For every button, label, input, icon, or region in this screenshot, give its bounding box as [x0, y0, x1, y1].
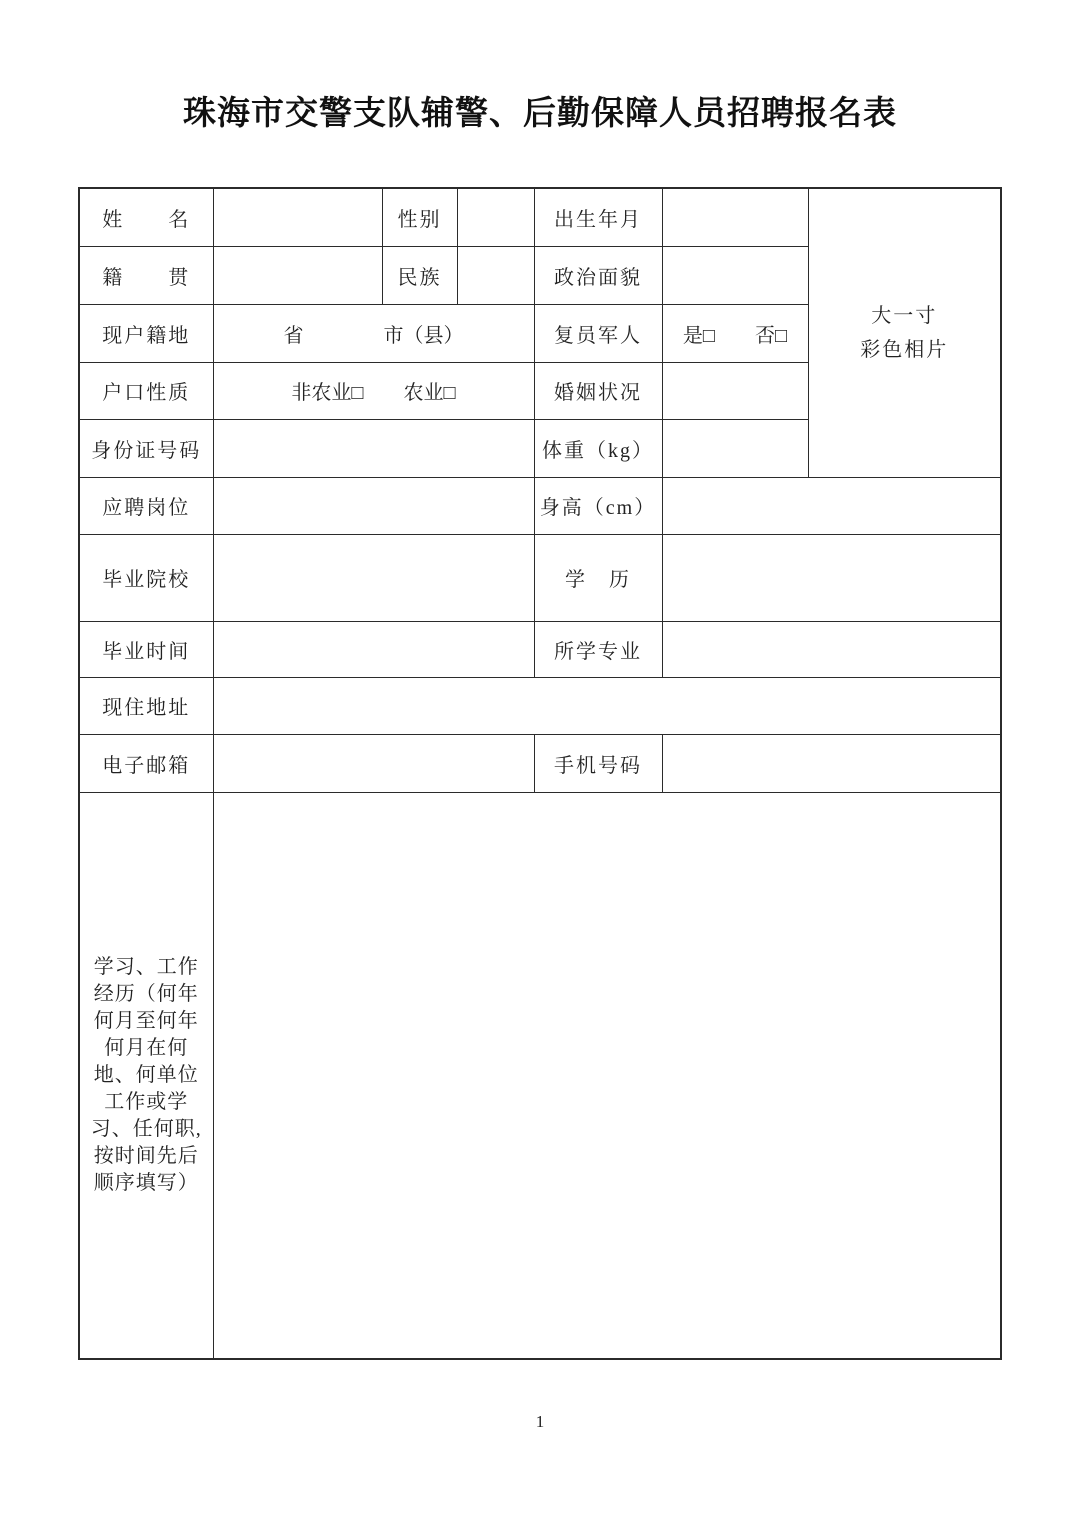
political-status-label: 政治面貌 [534, 246, 662, 304]
position-input-cell [213, 477, 534, 534]
gender-label: 性别 [382, 188, 457, 246]
row-experience: 学习、工作 经历（何年 何月至何年 何月在何 地、何单位 工作或学 习、任何职,… [79, 792, 1001, 1359]
address-label: 现住地址 [79, 677, 213, 734]
household-location-input-cell: 省 市（县） [213, 304, 534, 362]
marital-status-input-cell [662, 362, 808, 419]
ethnicity-label: 民族 [382, 246, 457, 304]
name-input-cell [213, 188, 382, 246]
household-location-label: 现户籍地 [79, 304, 213, 362]
application-form-table: 姓 名 性别 出生年月 大一寸 彩色相片 籍 贯 民族 政治面貌 现户籍地 省 … [78, 187, 1002, 1360]
weight-label: 体重（kg） [534, 419, 662, 477]
row-name: 姓 名 性别 出生年月 大一寸 彩色相片 [79, 188, 1001, 246]
email-label: 电子邮箱 [79, 734, 213, 792]
political-status-input-cell [662, 246, 808, 304]
page-title: 珠海市交警支队辅警、后勤保障人员招聘报名表 [0, 0, 1080, 133]
height-label: 身高（cm） [534, 477, 662, 534]
phone-label: 手机号码 [534, 734, 662, 792]
household-type-checkboxes: 非农业□ 农业□ [213, 362, 534, 419]
school-label: 毕业院校 [79, 534, 213, 621]
marital-status-label: 婚姻状况 [534, 362, 662, 419]
education-label: 学 历 [534, 534, 662, 621]
name-label: 姓 名 [79, 188, 213, 246]
page-number: 1 [0, 1412, 1080, 1432]
row-address: 现住地址 [79, 677, 1001, 734]
native-place-label: 籍 贯 [79, 246, 213, 304]
id-number-input-cell [213, 419, 534, 477]
birth-date-label: 出生年月 [534, 188, 662, 246]
row-school: 毕业院校 学 历 [79, 534, 1001, 621]
form-page: 珠海市交警支队辅警、后勤保障人员招聘报名表 姓 名 性别 出生年月 大一寸 彩色… [0, 0, 1080, 1527]
email-input-cell [213, 734, 534, 792]
household-type-label: 户口性质 [79, 362, 213, 419]
major-input-cell [662, 621, 1001, 677]
native-place-input-cell [213, 246, 382, 304]
veteran-label: 复员军人 [534, 304, 662, 362]
row-email-phone: 电子邮箱 手机号码 [79, 734, 1001, 792]
birth-date-input-cell [662, 188, 808, 246]
phone-input-cell [662, 734, 1001, 792]
position-label: 应聘岗位 [79, 477, 213, 534]
graduation-date-input-cell [213, 621, 534, 677]
height-input-cell [662, 477, 1001, 534]
weight-input-cell [662, 419, 808, 477]
row-position: 应聘岗位 身高（cm） [79, 477, 1001, 534]
experience-label: 学习、工作 经历（何年 何月至何年 何月在何 地、何单位 工作或学 习、任何职,… [79, 792, 213, 1359]
row-graduation-date: 毕业时间 所学专业 [79, 621, 1001, 677]
photo-placeholder: 大一寸 彩色相片 [808, 188, 1001, 477]
major-label: 所学专业 [534, 621, 662, 677]
education-input-cell [662, 534, 1001, 621]
ethnicity-input-cell [457, 246, 534, 304]
school-input-cell [213, 534, 534, 621]
address-input-cell [213, 677, 1001, 734]
id-number-label: 身份证号码 [79, 419, 213, 477]
gender-input-cell [457, 188, 534, 246]
veteran-checkboxes: 是□ 否□ [662, 304, 808, 362]
experience-input-cell [213, 792, 1001, 1359]
graduation-date-label: 毕业时间 [79, 621, 213, 677]
